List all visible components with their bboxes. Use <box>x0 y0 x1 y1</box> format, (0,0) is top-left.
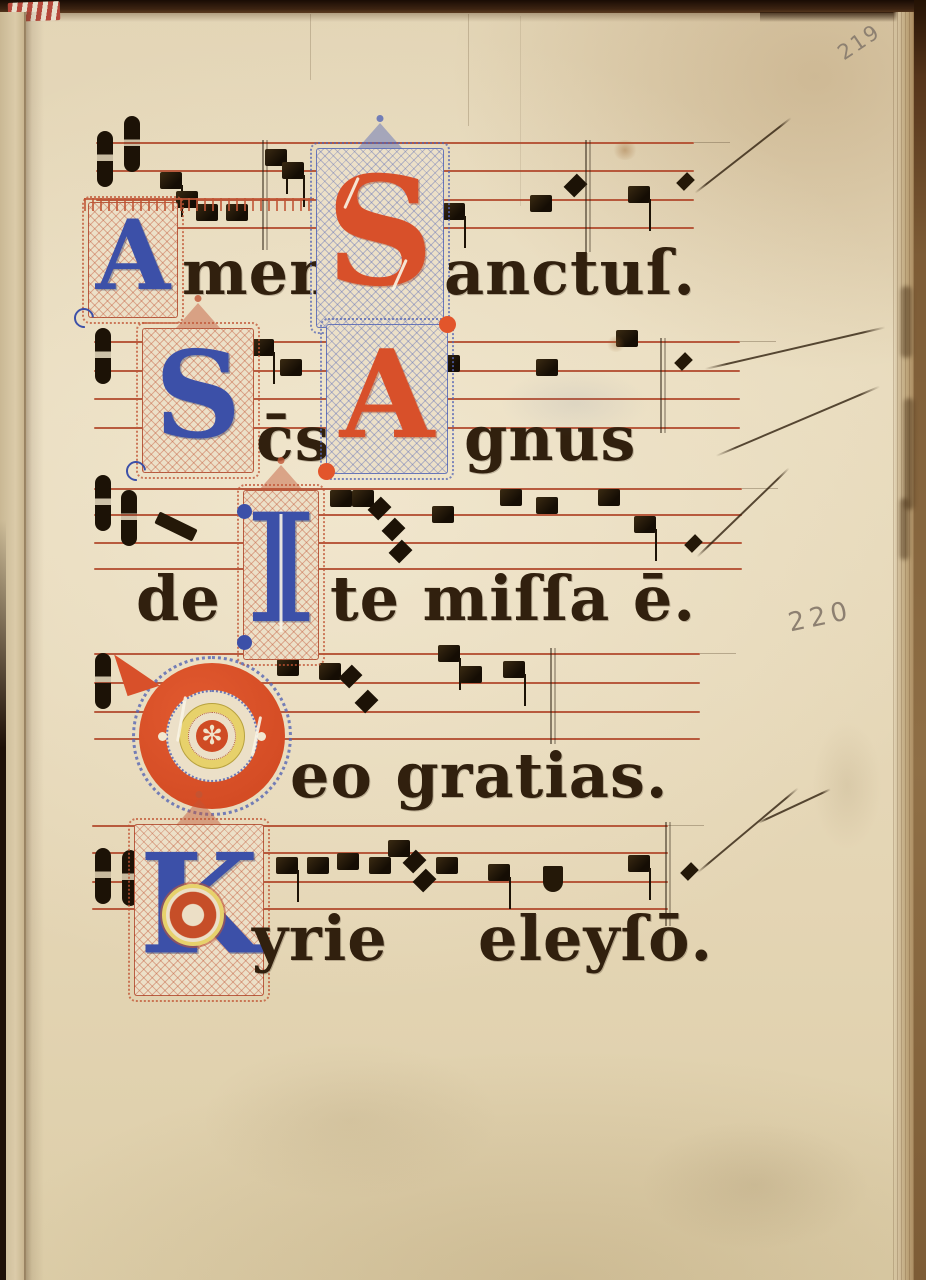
gold-medallion <box>162 884 224 946</box>
neume-sq <box>337 853 359 870</box>
neume-sq <box>460 666 482 683</box>
staff-line-extension <box>740 341 776 342</box>
neume-sq <box>436 857 458 874</box>
initial-letter: S <box>155 336 242 456</box>
chant-text: anctuſ. <box>444 242 696 304</box>
staff-line <box>94 488 742 490</box>
staff-line-extension <box>742 488 778 489</box>
illuminated-initial-d: ✻ <box>132 656 292 816</box>
neume-sq <box>388 840 410 857</box>
chant-text: eo gratias. <box>290 745 668 807</box>
neume-pod <box>95 848 111 904</box>
neume-sq <box>369 857 391 874</box>
neume-sqt <box>438 645 460 662</box>
initial-letter: S <box>326 157 434 307</box>
neume-sq <box>307 857 329 874</box>
folio-number-margin: 220 <box>786 596 855 639</box>
neume-pod <box>97 131 113 187</box>
chant-text: eleyſō. <box>478 908 713 970</box>
stain <box>812 720 882 850</box>
music-score <box>0 0 926 1280</box>
illuminated-initial-a2: A <box>326 324 448 474</box>
gutter-shadow <box>24 12 44 1280</box>
pen-flourish <box>705 326 886 370</box>
pen-flourish <box>696 467 789 557</box>
neume-dia <box>339 665 363 689</box>
pen-flourish <box>716 386 881 457</box>
neume-sqt <box>503 661 525 678</box>
staff-line <box>94 542 742 544</box>
neume-sqt <box>628 855 650 872</box>
neume-dia <box>368 497 392 521</box>
parchment-crease <box>520 16 521 206</box>
neume-dia <box>564 174 588 198</box>
staff-line <box>94 514 742 516</box>
neume-sqt <box>634 516 656 533</box>
neume-pod <box>121 490 137 546</box>
neume-cus <box>676 172 695 191</box>
edge-stain <box>904 398 914 510</box>
staff-line <box>94 653 700 655</box>
neume-cus <box>680 862 699 881</box>
neume-slant <box>154 511 197 541</box>
pen-flourish <box>696 787 798 873</box>
penwork-finial <box>377 115 384 122</box>
neume-sqt <box>160 172 182 189</box>
neume-dia <box>389 540 413 564</box>
illuminated-initial-k: K <box>134 824 264 996</box>
neume-cus <box>674 352 693 371</box>
white-dot <box>158 732 167 741</box>
penwork-finial <box>278 457 285 464</box>
chant-text: gnus <box>464 408 636 470</box>
staff-line-extension <box>694 142 730 143</box>
staff-line-extension <box>700 653 736 654</box>
neume-sqt <box>628 186 650 203</box>
neume-sq <box>432 506 454 523</box>
binding-edge-left <box>0 520 6 1280</box>
neume-sqt <box>265 149 287 166</box>
neume-sq <box>530 195 552 212</box>
chant-text: te miſſa ē. <box>330 568 696 630</box>
penwork-knob <box>237 504 252 519</box>
pen-flourish <box>758 788 831 824</box>
manuscript-page: A men. S anctuſ. S c̄s. A gnus de i. I t… <box>0 0 926 1280</box>
neume-dia <box>355 690 379 714</box>
neume-sq <box>598 489 620 506</box>
page-edges-stack <box>893 12 915 1280</box>
neume-sq <box>280 359 302 376</box>
neume-pod <box>95 475 111 531</box>
illuminated-initial-a: A <box>88 202 178 318</box>
folio-number-top: 219 <box>833 19 885 65</box>
neume-sq <box>319 663 341 680</box>
penwork-knob <box>237 635 252 650</box>
orange-dot <box>439 316 456 333</box>
illuminated-initial-s2: S <box>142 328 254 473</box>
penwork-finial <box>196 791 203 798</box>
stain <box>612 140 638 160</box>
neume-sq <box>500 489 522 506</box>
pen-flourish <box>694 117 791 194</box>
highlight-stripe <box>280 514 283 632</box>
stain <box>640 1120 870 1250</box>
penwork-gable <box>177 799 221 824</box>
neume-sq <box>536 497 558 514</box>
neume-dia <box>403 850 427 874</box>
neume-sqt <box>488 864 510 881</box>
barline <box>550 648 552 744</box>
neume-pod <box>95 328 111 384</box>
barline <box>660 338 662 433</box>
stain <box>200 1040 500 1200</box>
neume-dia <box>413 869 437 893</box>
neume-sq <box>616 330 638 347</box>
initial-letter: A <box>96 208 170 304</box>
neume-ceph <box>543 866 563 892</box>
neume-sq <box>330 490 352 507</box>
staff-line-extension <box>668 825 704 826</box>
chant-text: yrie <box>252 908 388 970</box>
illuminated-initial-s: S <box>316 148 444 328</box>
neume-pod <box>95 653 111 709</box>
stain <box>606 336 626 352</box>
orange-dot <box>318 463 335 480</box>
neume-pod <box>124 116 140 172</box>
barline <box>262 140 264 250</box>
neume-dia <box>382 518 406 542</box>
neume-cus <box>684 534 703 553</box>
penwork-finial <box>195 295 202 302</box>
neume-sqt <box>282 162 304 179</box>
parchment-crease <box>468 14 469 126</box>
binding-edge-right <box>914 0 926 1280</box>
edge-stain <box>900 498 909 560</box>
neume-sq <box>536 359 558 376</box>
parchment-crease <box>310 14 311 80</box>
neume-sq <box>352 490 374 507</box>
rosette-center: ✻ <box>196 720 228 752</box>
neume-sqt <box>276 857 298 874</box>
initial-letter: A <box>340 333 435 455</box>
illuminated-initial-i: I <box>243 490 319 660</box>
edge-stain <box>901 286 912 358</box>
